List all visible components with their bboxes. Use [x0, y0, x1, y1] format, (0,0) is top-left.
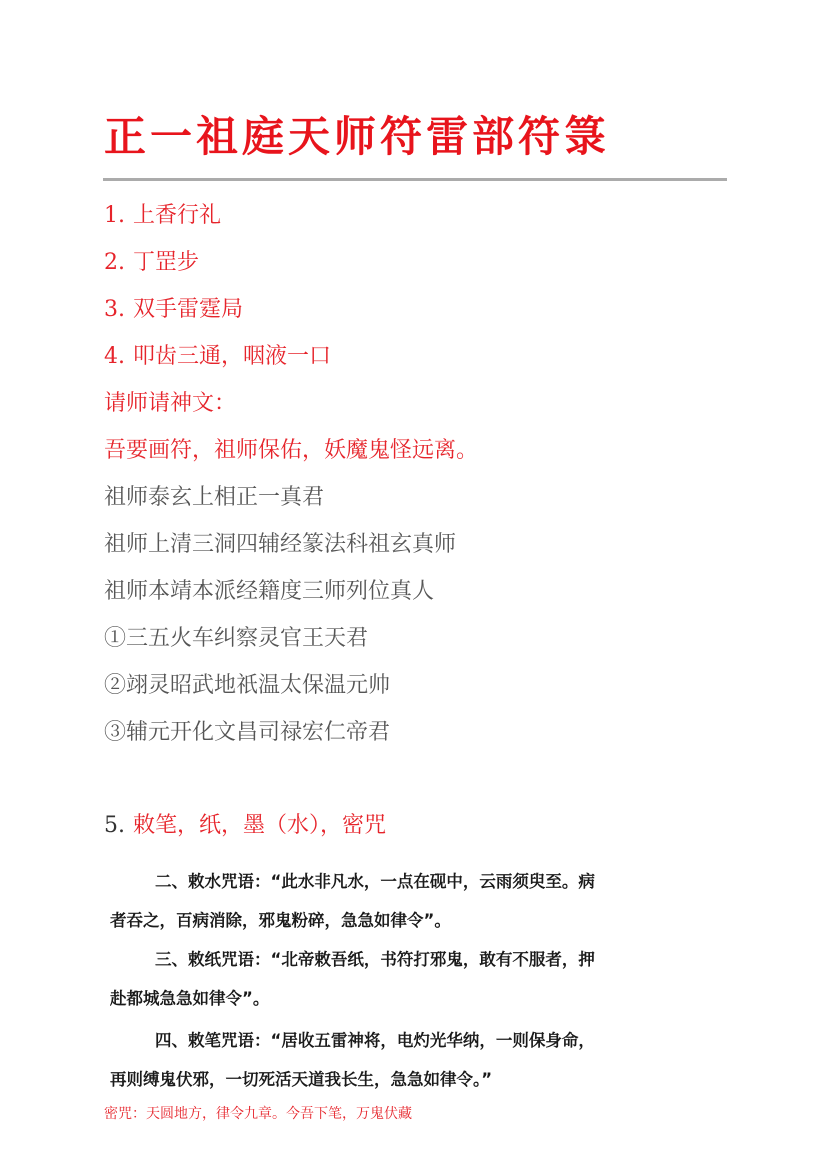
- step-number: 1.: [104, 203, 125, 228]
- title-divider: [103, 178, 727, 181]
- master-line-3: 祖师本靖本派经籍度三师列位真人: [104, 577, 434, 607]
- step-number: 2.: [104, 250, 125, 275]
- master-line-6: ③辅元开化文昌司禄宏仁帝君: [104, 718, 390, 748]
- step-item-4: 4.叩齿三通，咽液一口: [104, 342, 331, 372]
- document-title: 正一祖庭天师符雷部符箓: [104, 112, 610, 162]
- master-line-4: ①三五火车纠察灵官王天君: [104, 624, 368, 654]
- step-item-2: 2.丁罡步: [104, 248, 199, 278]
- master-line-1: 祖师泰玄上相正一真君: [104, 483, 324, 513]
- incantation-line: 三、敕纸咒语：“北帝敕吾纸，书符打邪鬼，敢有不服者，押: [110, 940, 680, 979]
- incantation-line: 二、敕水咒语：“此水非凡水，一点在砚中，云雨须臾至。病: [110, 862, 680, 901]
- master-line-5: ②翊灵昭武地祇温太保温元帅: [104, 671, 390, 701]
- step-number: 3.: [104, 297, 125, 322]
- step-item-3: 3.双手雷霆局: [104, 295, 243, 325]
- incantation-water: 二、敕水咒语：“此水非凡水，一点在砚中，云雨须臾至。病 者吞之，百病消除，邪鬼粉…: [110, 862, 680, 940]
- incantation-line: 者吞之，百病消除，邪鬼粉碎，急急如律令”。: [110, 901, 680, 940]
- incantation-line: 赴都城急急如律令”。: [110, 979, 680, 1018]
- document-page: 正一祖庭天师符雷部符箓 1.上香行礼 2.丁罡步 3.双手雷霆局 4.叩齿三通，…: [0, 0, 839, 1167]
- secret-incantation: 密咒：天圆地方，律令九章。今吾下笔，万鬼伏藏: [104, 1104, 412, 1124]
- master-line-2: 祖师上清三洞四辅经篆法科祖玄真师: [104, 530, 456, 560]
- step-item-5: 5.敕笔，纸，墨（水），密咒: [104, 811, 386, 841]
- incantation-brush: 四、敕笔咒语：“居收五雷神将，电灼光华纳，一则保身命， 再则缚鬼伏邪，一切死活天…: [110, 1021, 680, 1099]
- step-text: 上香行礼: [133, 203, 221, 228]
- step-number: 4.: [104, 344, 125, 369]
- step-text: 叩齿三通，咽液一口: [133, 344, 331, 369]
- incantation-line: 四、敕笔咒语：“居收五雷神将，电灼光华纳，一则保身命，: [110, 1021, 680, 1060]
- step-text: 丁罡步: [133, 250, 199, 275]
- invocation-heading: 请师请神文：: [104, 389, 236, 419]
- step-number: 5.: [104, 813, 125, 838]
- step-text: 双手雷霆局: [133, 297, 243, 322]
- incantation-paper: 三、敕纸咒语：“北帝敕吾纸，书符打邪鬼，敢有不服者，押 赴都城急急如律令”。: [110, 940, 680, 1018]
- step-text: 敕笔，纸，墨（水），密咒: [133, 813, 386, 838]
- step-item-1: 1.上香行礼: [104, 201, 221, 231]
- incantation-line: 再则缚鬼伏邪，一切死活天道我长生，急急如律令。”: [110, 1060, 680, 1099]
- invocation-line: 吾要画符，祖师保佑，妖魔鬼怪远离。: [104, 436, 478, 466]
